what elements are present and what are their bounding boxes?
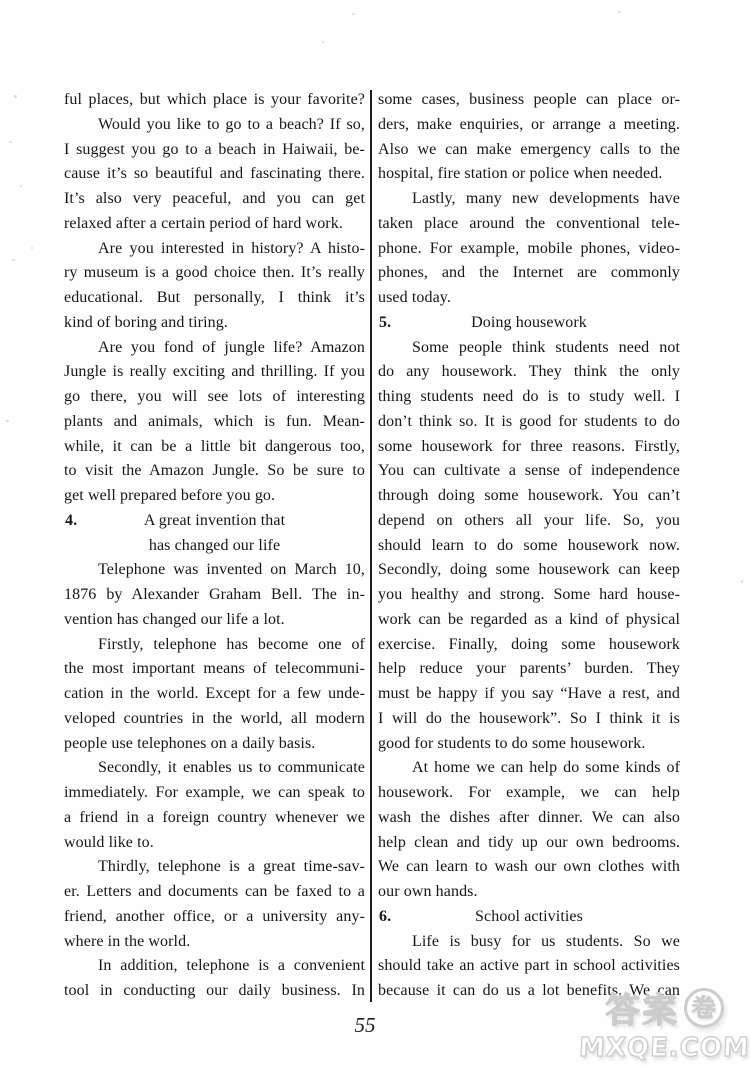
section-number: 6. xyxy=(379,905,391,930)
text-line: It’s also very peaceful, and you can get xyxy=(64,187,365,212)
text-line: I will do the housework”. So I think it … xyxy=(378,707,680,732)
text-line: through doing some housework. You can’t xyxy=(378,484,680,509)
text-line: Jungle is really exciting and thrilling.… xyxy=(64,360,365,385)
text-line: good for students to do some housework. xyxy=(378,732,680,757)
watermark-circle-icon: 卷 xyxy=(684,988,724,1028)
right-column: some cases, business people can place or… xyxy=(378,88,680,1004)
text-line: exercise. Finally, doing some housework xyxy=(378,633,680,658)
scan-speck xyxy=(31,247,33,249)
text-line: relaxed after a certain period of hard w… xyxy=(64,212,365,237)
section-heading-line: 5.Doing housework xyxy=(378,311,680,336)
text-line: a friend in a foreign country whenever w… xyxy=(64,806,365,831)
scan-speck xyxy=(6,420,9,422)
text-line: Lastly, many new developments have xyxy=(378,187,680,212)
text-line: help reduce your parents’ burden. They xyxy=(378,657,680,682)
text-line: tool in conducting our daily business. I… xyxy=(64,979,365,1004)
section-heading-line: 4.A great invention that xyxy=(64,509,365,534)
text-line: Are you interested in history? A histo- xyxy=(64,237,365,262)
scan-speck xyxy=(352,13,355,15)
text-line: kind of boring and tiring. xyxy=(64,311,365,336)
column-divider xyxy=(370,90,372,1002)
section-heading-line: has changed our life xyxy=(64,534,365,559)
text-line: don’t think so. It is good for students … xyxy=(378,410,680,435)
text-line: while, it can be a little bit dangerous … xyxy=(64,435,365,460)
text-line: would like to. xyxy=(64,831,365,856)
text-line: You can cultivate a sense of independenc… xyxy=(378,459,680,484)
watermark-brand-text: 答案 xyxy=(606,983,680,1032)
scan-speck xyxy=(9,141,12,143)
text-line: hospital, fire station or police when ne… xyxy=(378,162,680,187)
text-line: should take an active part in school act… xyxy=(378,954,680,979)
text-line: help clean and tidy up our own bedrooms. xyxy=(378,831,680,856)
page-number: 55 xyxy=(345,1013,385,1038)
section-heading-line: 6.School activities xyxy=(378,905,680,930)
text-line: er. Letters and documents can be faxed t… xyxy=(64,880,365,905)
text-line: immediately. For example, we can speak t… xyxy=(64,781,365,806)
scan-speck xyxy=(618,11,621,13)
scan-speck xyxy=(741,580,743,583)
section-title: School activities xyxy=(475,908,583,925)
text-line: the most important means of telecommuni- xyxy=(64,657,365,682)
text-line: friend, another office, or a university … xyxy=(64,905,365,930)
text-line: plants and animals, which is fun. Mean- xyxy=(64,410,365,435)
text-line: get well prepared before you go. xyxy=(64,484,365,509)
text-line: In addition, telephone is a convenient xyxy=(64,954,365,979)
text-line: Are you fond of jungle life? Amazon xyxy=(64,336,365,361)
text-line: thing students need do is to study well.… xyxy=(378,385,680,410)
section-title: has changed our life xyxy=(149,537,280,554)
text-line: 1876 by Alexander Graham Bell. The in- xyxy=(64,583,365,608)
text-line: Also we can make emergency calls to the xyxy=(378,138,680,163)
text-line: phones, and the Internet are commonly xyxy=(378,261,680,286)
text-line: wash the dishes after dinner. We can als… xyxy=(378,806,680,831)
text-line: work can be regarded as a kind of physic… xyxy=(378,608,680,633)
text-line: must be happy if you say “Have a rest, a… xyxy=(378,682,680,707)
text-line: our own hands. xyxy=(378,880,680,905)
text-line: ry museum is a good choice then. It’s re… xyxy=(64,261,365,286)
scan-speck xyxy=(20,185,22,187)
text-line: vention has changed our life a lot. xyxy=(64,608,365,633)
text-line: educational. But personally, I think it’… xyxy=(64,286,365,311)
text-line: cause it’s so beautiful and fascinating … xyxy=(64,162,365,187)
text-line: to visit the Amazon Jungle. So be sure t… xyxy=(64,459,365,484)
section-number: 5. xyxy=(379,311,391,336)
text-line: Life is busy for us students. So we xyxy=(378,930,680,955)
section-number: 4. xyxy=(65,509,77,534)
section-title: A great invention that xyxy=(144,512,285,529)
text-line: Secondly, doing some housework can keep xyxy=(378,558,680,583)
scanned-book-page: ful places, but which place is your favo… xyxy=(0,0,750,1067)
scan-speck xyxy=(12,259,15,261)
text-line: Some people think students need not xyxy=(378,336,680,361)
watermark-logo: 答案卷 xyxy=(579,983,750,1032)
text-line: go there, you will see lots of interesti… xyxy=(64,385,365,410)
watermark: 答案卷 MXQE.COM xyxy=(579,983,750,1063)
text-line: Firstly, telephone has become one of xyxy=(64,633,365,658)
scan-speck xyxy=(322,41,324,43)
text-line: I suggest you go to a beach in Haiwaii, … xyxy=(64,138,365,163)
text-line: some cases, business people can place or… xyxy=(378,88,680,113)
text-line: Would you like to go to a beach? If so, xyxy=(64,113,365,138)
text-line: housework. For example, we can help xyxy=(378,781,680,806)
text-line: depend on others all your life. So, you xyxy=(378,509,680,534)
text-line: At home we can help do some kinds of xyxy=(378,756,680,781)
watermark-site-text: MXQE.COM xyxy=(578,1033,750,1063)
text-line: should learn to do some housework now. xyxy=(378,534,680,559)
text-line: taken place around the conventional tele… xyxy=(378,212,680,237)
text-line: cation in the world. Except for a few un… xyxy=(64,682,365,707)
section-title: Doing housework xyxy=(471,314,587,331)
text-line: phone. For example, mobile phones, video… xyxy=(378,237,680,262)
text-line: do any housework. They think the only xyxy=(378,360,680,385)
text-line: Secondly, it enables us to communicate xyxy=(64,756,365,781)
text-line: you healthy and strong. Some hard house- xyxy=(378,583,680,608)
text-line: ders, make enquiries, or arrange a meeti… xyxy=(378,113,680,138)
left-column: ful places, but which place is your favo… xyxy=(64,88,365,1004)
text-line: veloped countries in the world, all mode… xyxy=(64,707,365,732)
text-line: some housework for three reasons. Firstl… xyxy=(378,435,680,460)
text-line: We can learn to wash our own clothes wit… xyxy=(378,855,680,880)
text-line: where in the world. xyxy=(64,930,365,955)
text-line: Thirdly, telephone is a great time-sav- xyxy=(64,855,365,880)
text-line: people use telephones on a daily basis. xyxy=(64,732,365,757)
text-line: ful places, but which place is your favo… xyxy=(64,88,365,113)
scan-speck xyxy=(14,95,17,98)
text-line: used today. xyxy=(378,286,680,311)
text-line: Telephone was invented on March 10, xyxy=(64,558,365,583)
